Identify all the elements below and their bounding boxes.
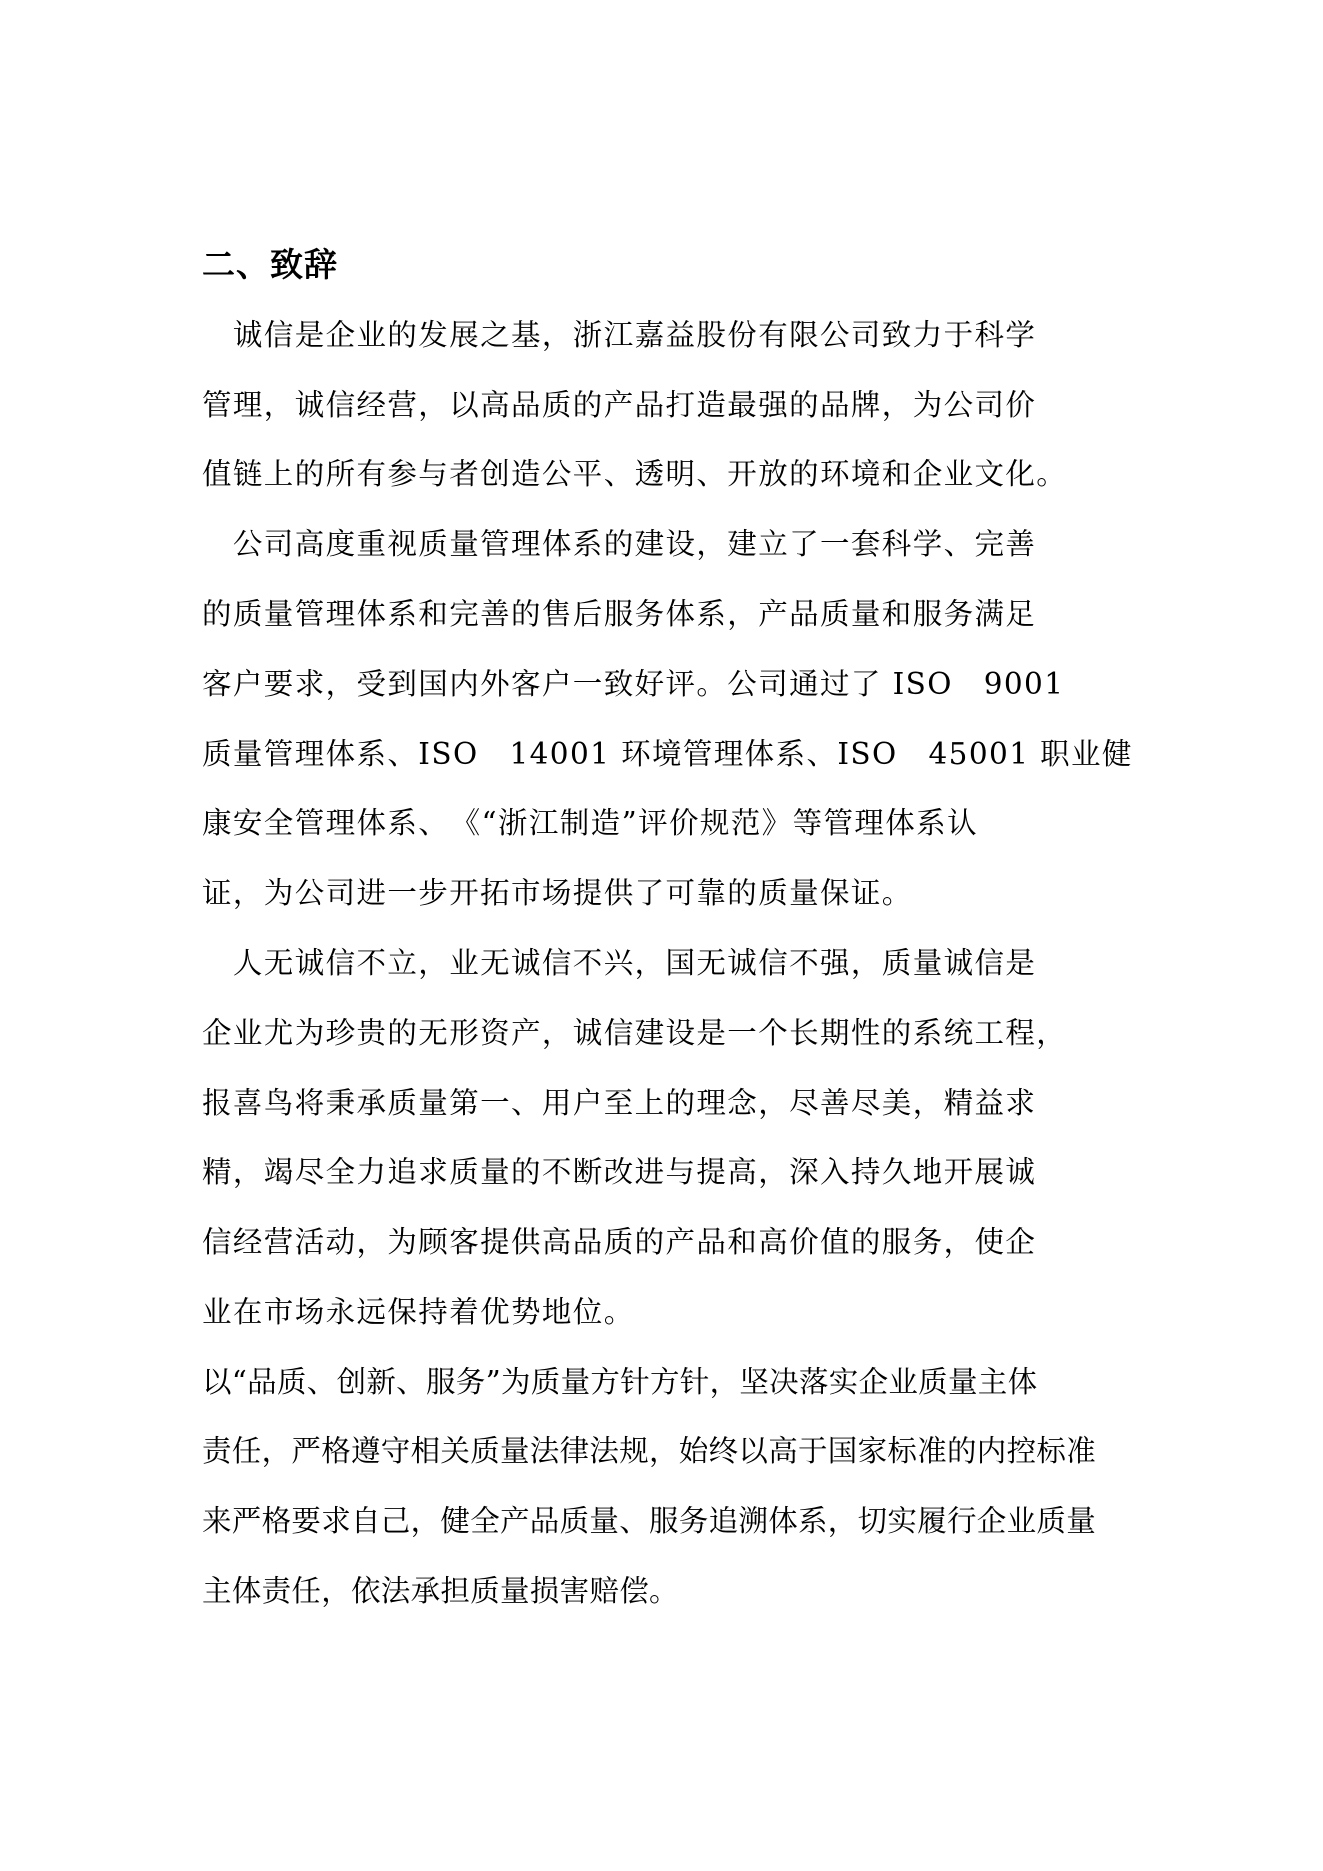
text-line: 管理，诚信经营，以高品质的产品打造最强的品牌，为公司价 [202, 385, 1132, 425]
text-line: 企业尤为珍贵的无形资产，诚信建设是一个长期性的系统工程， [202, 1013, 1132, 1053]
text-line: 的质量管理体系和完善的售后服务体系，产品质量和服务满足 [202, 594, 1132, 634]
text-line: 信经营活动，为顾客提供高品质的产品和高价值的服务，使企 [202, 1222, 1132, 1262]
text-line: 公司高度重视质量管理体系的建设，建立了一套科学、完善 [202, 524, 1132, 564]
text-line: 诚信是企业的发展之基，浙江嘉益股份有限公司致力于科学 [202, 315, 1132, 355]
text-line: 客户要求，受到国内外客户一致好评。公司通过了 ISO 9001 [202, 664, 1132, 704]
text-line: 质量管理体系、ISO 14001 环境管理体系、ISO 45001 职业健 [202, 734, 1132, 774]
document-page: 二、致辞 诚信是企业的发展之基，浙江嘉益股份有限公司致力于科学 管理，诚信经营，… [0, 0, 1323, 1871]
text-line: 报喜鸟将秉承质量第一、用户至上的理念，尽善尽美，精益求 [202, 1083, 1132, 1123]
text-line: 人无诚信不立，业无诚信不兴，国无诚信不强，质量诚信是 [202, 943, 1132, 983]
text-line: 责任，严格遵守相关质量法律法规，始终以高于国家标准的内控标准 [202, 1431, 1132, 1471]
text-line: 主体责任，依法承担质量损害赔偿。 [202, 1571, 1132, 1611]
text-line: 精，竭尽全力追求质量的不断改进与提高，深入持久地开展诚 [202, 1152, 1132, 1192]
text-line: 业在市场永远保持着优势地位。 [202, 1292, 1132, 1332]
text-line: 来严格要求自己，健全产品质量、服务追溯体系，切实履行企业质量 [202, 1501, 1132, 1541]
section-heading: 二、致辞 [202, 240, 338, 290]
text-line: 以“品质、创新、服务”为质量方针方针，坚决落实企业质量主体 [202, 1362, 1132, 1402]
text-line: 康安全管理体系、 《“浙江制造”评价规范》等管理体系认 [202, 803, 1132, 843]
text-line: 值链上的所有参与者创造公平、透明、开放的环境和企业文化。 [202, 454, 1132, 494]
text-line: 证，为公司进一步开拓市场提供了可靠的质量保证。 [202, 873, 1132, 913]
